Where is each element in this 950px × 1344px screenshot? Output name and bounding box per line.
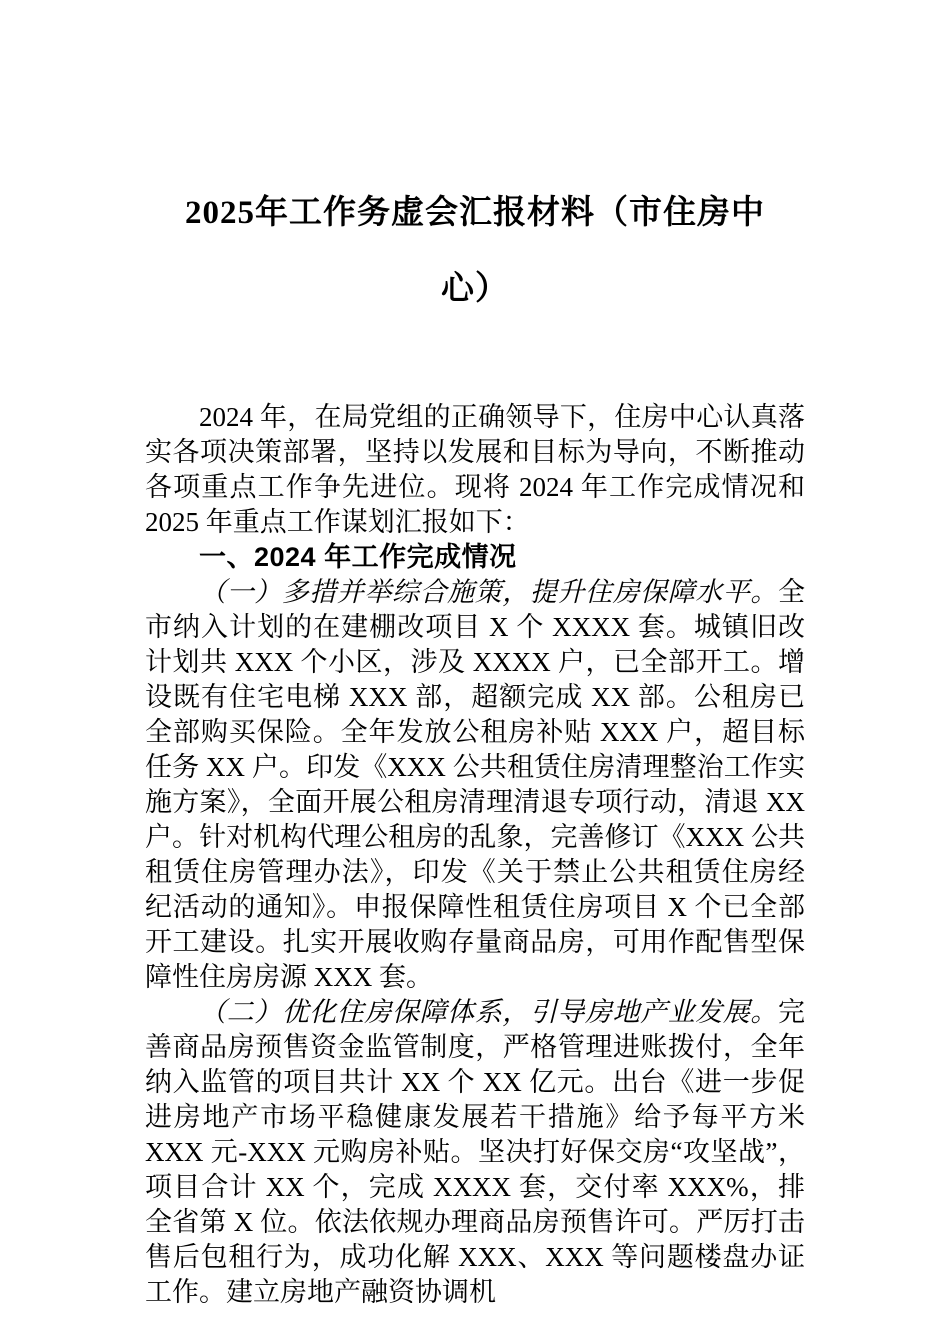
subsection-2-lead: （二）优化住房保障体系，引导房地产业发展。 — [199, 997, 778, 1027]
section-1-subsection-2: （二）优化住房保障体系，引导房地产业发展。完善商品房预售资金监管制度，严格管理进… — [145, 995, 805, 1310]
subsection-1-lead: （一）多措并举综合施策，提升住房保障水平。 — [199, 577, 778, 607]
subsection-2-text: 完善商品房预售资金监管制度，严格管理进账拨付，全年纳入监管的项目共计 XX 个 … — [145, 997, 805, 1307]
document-body: 2024 年，在局党组的正确领导下，住房中心认真落实各项决策部署，坚持以发展和目… — [145, 400, 805, 1310]
section-1-subsection-1: （一）多措并举综合施策，提升住房保障水平。全市纳入计划的在建棚改项目 X 个 X… — [145, 575, 805, 995]
document-title: 2025年工作务虚会汇报材料（市住房中心） — [180, 0, 770, 327]
section-1-heading: 一、2024 年工作完成情况 — [145, 540, 805, 575]
intro-paragraph: 2024 年，在局党组的正确领导下，住房中心认真落实各项决策部署，坚持以发展和目… — [145, 400, 805, 540]
document-page: 2025年工作务虚会汇报材料（市住房中心） 2024 年，在局党组的正确领导下，… — [0, 0, 950, 1344]
subsection-1-text: 全市纳入计划的在建棚改项目 X 个 XXXX 套。城镇旧改计划共 XXX 个小区… — [145, 577, 805, 992]
